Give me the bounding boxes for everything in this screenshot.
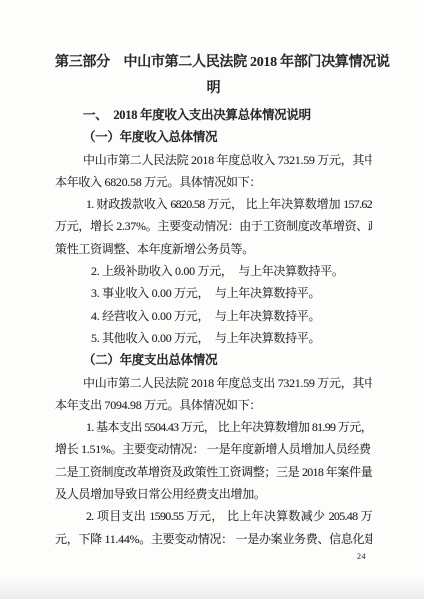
doc-line: 4. 经营收入 0.00 万元， 与上年决算数持平。	[55, 305, 372, 327]
doc-line: 万元，增长 2.37%。主要变动情况：由于工资制度改革增资、政	[55, 215, 372, 237]
subsection-heading-expenditure: （二）年度支出总体情况	[55, 349, 372, 371]
document-page: 第三部分 中山市第二人民法院 2018 年部门决算情况说 明 一、 2018 年…	[0, 0, 424, 599]
doc-line: 中山市第二人民法院 2018 年度总支出 7321.59 万元，其中	[55, 372, 372, 394]
scan-edge-shading	[0, 575, 424, 599]
document-body: 一、 2018 年度收入支出决算总体情况说明 （一）年度收入总体情况 中山市第二…	[55, 104, 372, 550]
doc-line: 增长 1.51%。主要变动情况： 一是年度新增人员增加人员经费；	[55, 438, 372, 460]
doc-line: 元，下降 11.44%。主要变动情况： 一是办案业务费、信息化建	[55, 528, 372, 550]
doc-line: 策性工资调整、本年度新增公务员等。	[55, 238, 372, 260]
doc-line: 1. 财政拨款收入 6820.58 万元， 比上年决算数增加 157.62	[55, 193, 372, 215]
doc-line: 3. 事业收入 0.00 万元， 与上年决算数持平。	[55, 282, 372, 304]
doc-line: 及人员增加导致日常公用经费支出增加。	[55, 483, 372, 505]
document-title-line-2: 明	[55, 76, 372, 102]
doc-line: 1. 基本支出 5504.43 万元， 比上年决算数增加 81.99 万元，	[55, 416, 372, 438]
section-heading-overall: 一、 2018 年度收入支出决算总体情况说明	[55, 104, 372, 126]
doc-line: 二是工资制度改革增资及政策性工资调整；三是 2018 年案件量	[55, 461, 372, 483]
document-title: 第三部分 中山市第二人民法院 2018 年部门决算情况说 明	[55, 50, 372, 102]
doc-line: 本年收入 6820.58 万元。具体情况如下：	[55, 171, 372, 193]
doc-line: 中山市第二人民法院 2018 年度总收入 7321.59 万元，其中	[55, 149, 372, 171]
document-title-line-1: 第三部分 中山市第二人民法院 2018 年部门决算情况说	[55, 50, 372, 76]
page-number: 24	[357, 551, 366, 563]
doc-line: 2. 上级补助收入 0.00 万元， 与上年决算数持平。	[55, 260, 372, 282]
subsection-heading-income: （一）年度收入总体情况	[55, 126, 372, 148]
doc-line: 5. 其他收入 0.00 万元， 与上年决算数持平。	[55, 327, 372, 349]
doc-line: 本年支出 7094.98 万元。具体情况如下：	[55, 394, 372, 416]
doc-line: 2. 项目支出 1590.55 万元， 比上年决算数减少 205.48 万	[55, 505, 372, 527]
